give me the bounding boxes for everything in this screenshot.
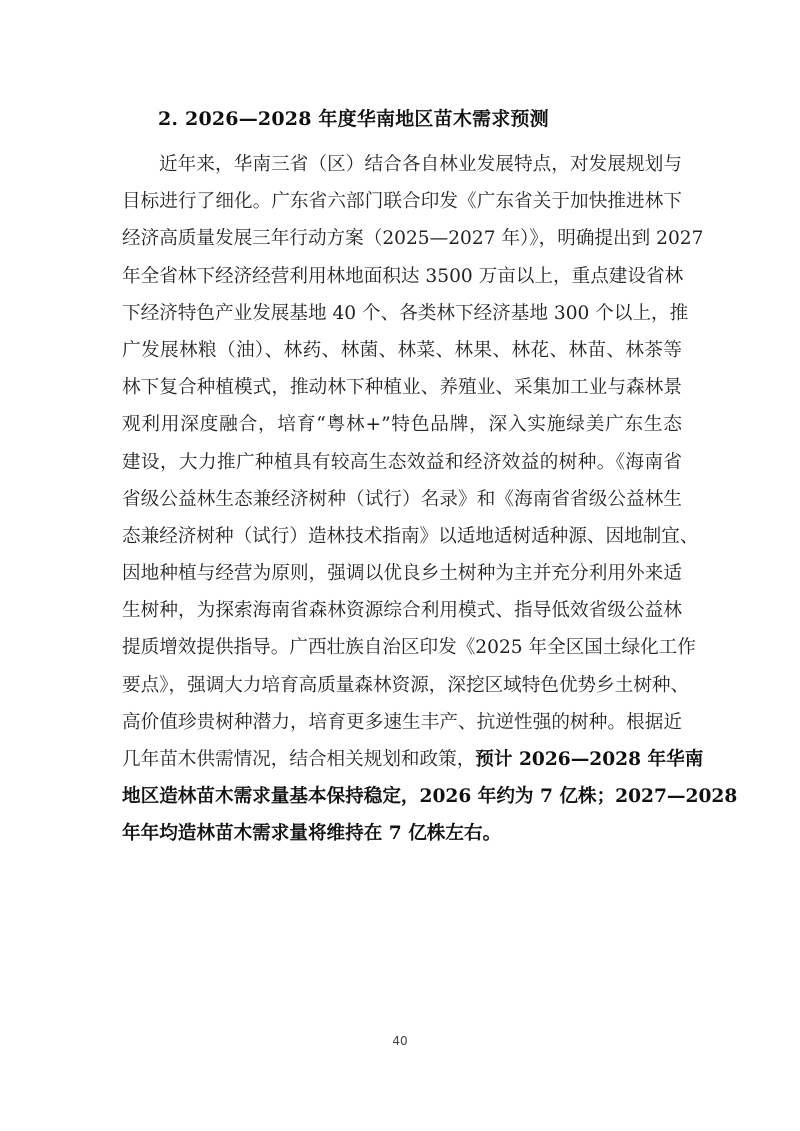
paragraph-line: 目标进行了细化。广东省六部门联合印发《广东省关于加快推进林下 <box>122 187 682 224</box>
paragraph-line: 林下复合种植模式，推动林下种植业、养殖业、采集加工业与森林景 <box>122 373 682 410</box>
paragraph-line: 近年来，华南三省（区）结合各自林业发展特点，对发展规划与 <box>122 150 682 187</box>
document-page: 2. 2026—2028 年度华南地区苗木需求预测 近年来，华南三省（区）结合各… <box>0 0 800 1131</box>
bold-forecast-line: 地区造林苗木需求量基本保持稳定，2026 年约为 7 亿株；2027—2028 <box>122 782 682 819</box>
paragraph-line: 因地种植与经营为原则，强调以优良乡土树种为主并充分利用外来适 <box>122 559 682 596</box>
body-paragraph: 近年来，华南三省（区）结合各自林业发展特点，对发展规划与 目标进行了细化。广东省… <box>122 150 682 857</box>
paragraph-line: 生树种，为探索海南省森林资源综合利用模式、指导低效省级公益林 <box>122 596 682 633</box>
normal-text: 几年苗木供需情况，结合相关规划和政策， <box>122 749 475 770</box>
paragraph-line: 广发展林粮（油）、林药、林菌、林菜、林果、林花、林苗、林茶等 <box>122 336 682 373</box>
paragraph-line: 下经济特色产业发展基地 40 个、各类林下经济基地 300 个以上，推 <box>122 299 682 336</box>
paragraph-line: 要点》，强调大力培育高质量森林资源，深挖区域特色优势乡土树种、 <box>122 671 682 708</box>
bold-forecast-text: 预计 2026—2028 年华南 <box>475 749 703 770</box>
paragraph-line: 年全省林下经济经营利用林地面积达 3500 万亩以上，重点建设省林 <box>122 262 682 299</box>
paragraph-line: 经济高质量发展三年行动方案（2025—2027 年）》，明确提出到 2027 <box>122 224 682 261</box>
paragraph-line: 高价值珍贵树种潜力，培育更多速生丰产、抗逆性强的树种。根据近 <box>122 708 682 745</box>
paragraph-line-mixed: 几年苗木供需情况，结合相关规划和政策，预计 2026—2028 年华南 <box>122 745 682 782</box>
paragraph-line: 观利用深度融合，培育“粤林+”特色品牌，深入实施绿美广东生态 <box>122 410 682 447</box>
paragraph-line: 省级公益林生态兼经济树种（试行）名录》和《海南省省级公益林生 <box>122 485 682 522</box>
paragraph-line: 态兼经济树种（试行）造林技术指南》以适地适树适种源、因地制宜、 <box>122 522 682 559</box>
paragraph-line: 提质增效提供指导。广西壮族自治区印发《2025 年全区国土绿化工作 <box>122 633 682 670</box>
page-number: 40 <box>0 1034 800 1048</box>
paragraph-line: 建设，大力推广种植具有较高生态效益和经济效益的树种。《海南省 <box>122 448 682 485</box>
bold-forecast-line: 年年均造林苗木需求量将维持在 7 亿株左右。 <box>122 819 682 856</box>
section-heading: 2. 2026—2028 年度华南地区苗木需求预测 <box>158 104 549 131</box>
